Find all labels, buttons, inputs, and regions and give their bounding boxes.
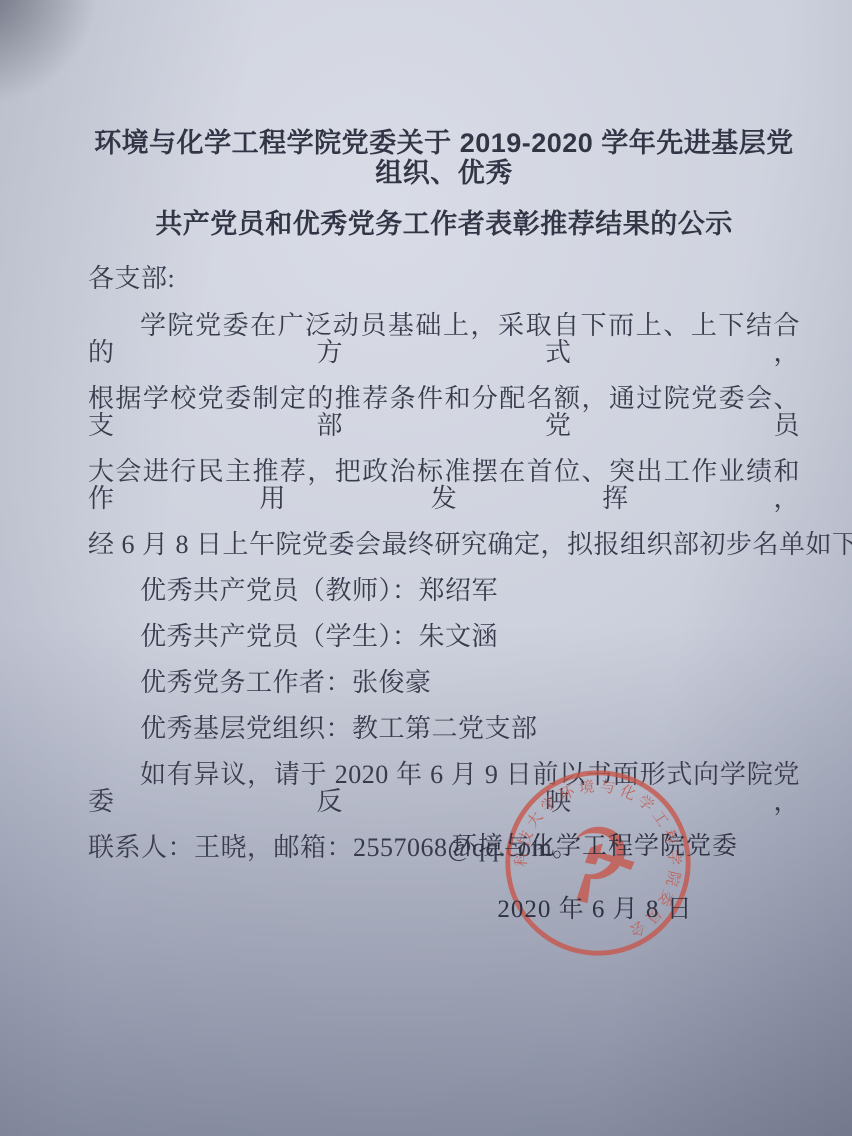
document-body: 环境与化学工程学院党委关于 2019-2020 学年先进基层党组织、优秀 共产党… xyxy=(88,128,800,880)
award-line-outstanding-member-student: 优秀共产党员（学生）：朱文涵 xyxy=(88,623,800,650)
body-line: 大会进行民主推荐，把政治标准摆在首位、突出工作业绩和作用发挥， xyxy=(88,458,800,512)
body-line: 如有异议，请于 2020 年 6 月 9 日前以书面形式向学院党委反映， xyxy=(88,761,800,815)
document-page: 环境与化学工程学院党委关于 2019-2020 学年先进基层党组织、优秀 共产党… xyxy=(0,0,852,1136)
salutation: 各支部: xyxy=(88,265,800,292)
title-line-2: 共产党员和优秀党务工作者表彰推荐结果的公示 xyxy=(88,209,800,239)
body-line: 根据学校党委制定的推荐条件和分配名额，通过院党委会、支部党员 xyxy=(88,385,800,439)
title-line-1: 环境与化学工程学院党委关于 2019-2020 学年先进基层党组织、优秀 xyxy=(88,128,800,188)
signature-org: 环境与化学工程学院党委 xyxy=(452,826,738,862)
signature-date: 2020 年 6 月 8 日 xyxy=(452,889,738,925)
award-line-outstanding-party-worker: 优秀党务工作者：张俊豪 xyxy=(88,669,800,696)
signature-block: 环境与化学工程学院党委 2020 年 6 月 8 日 xyxy=(452,826,738,925)
body-line: 学院党委在广泛动员基础上，采取自下而上、上下结合的方式， xyxy=(88,312,800,366)
award-line-outstanding-member-teacher: 优秀共产党员（教师）：郑绍军 xyxy=(88,577,800,604)
award-line-advanced-organization: 优秀基层党组织：教工第二党支部 xyxy=(88,715,800,742)
body-line: 经 6 月 8 日上午院党委会最终研究确定，拟报组织部初步名单如下： xyxy=(88,531,800,558)
document-title: 环境与化学工程学院党委关于 2019-2020 学年先进基层党组织、优秀 共产党… xyxy=(88,128,800,239)
